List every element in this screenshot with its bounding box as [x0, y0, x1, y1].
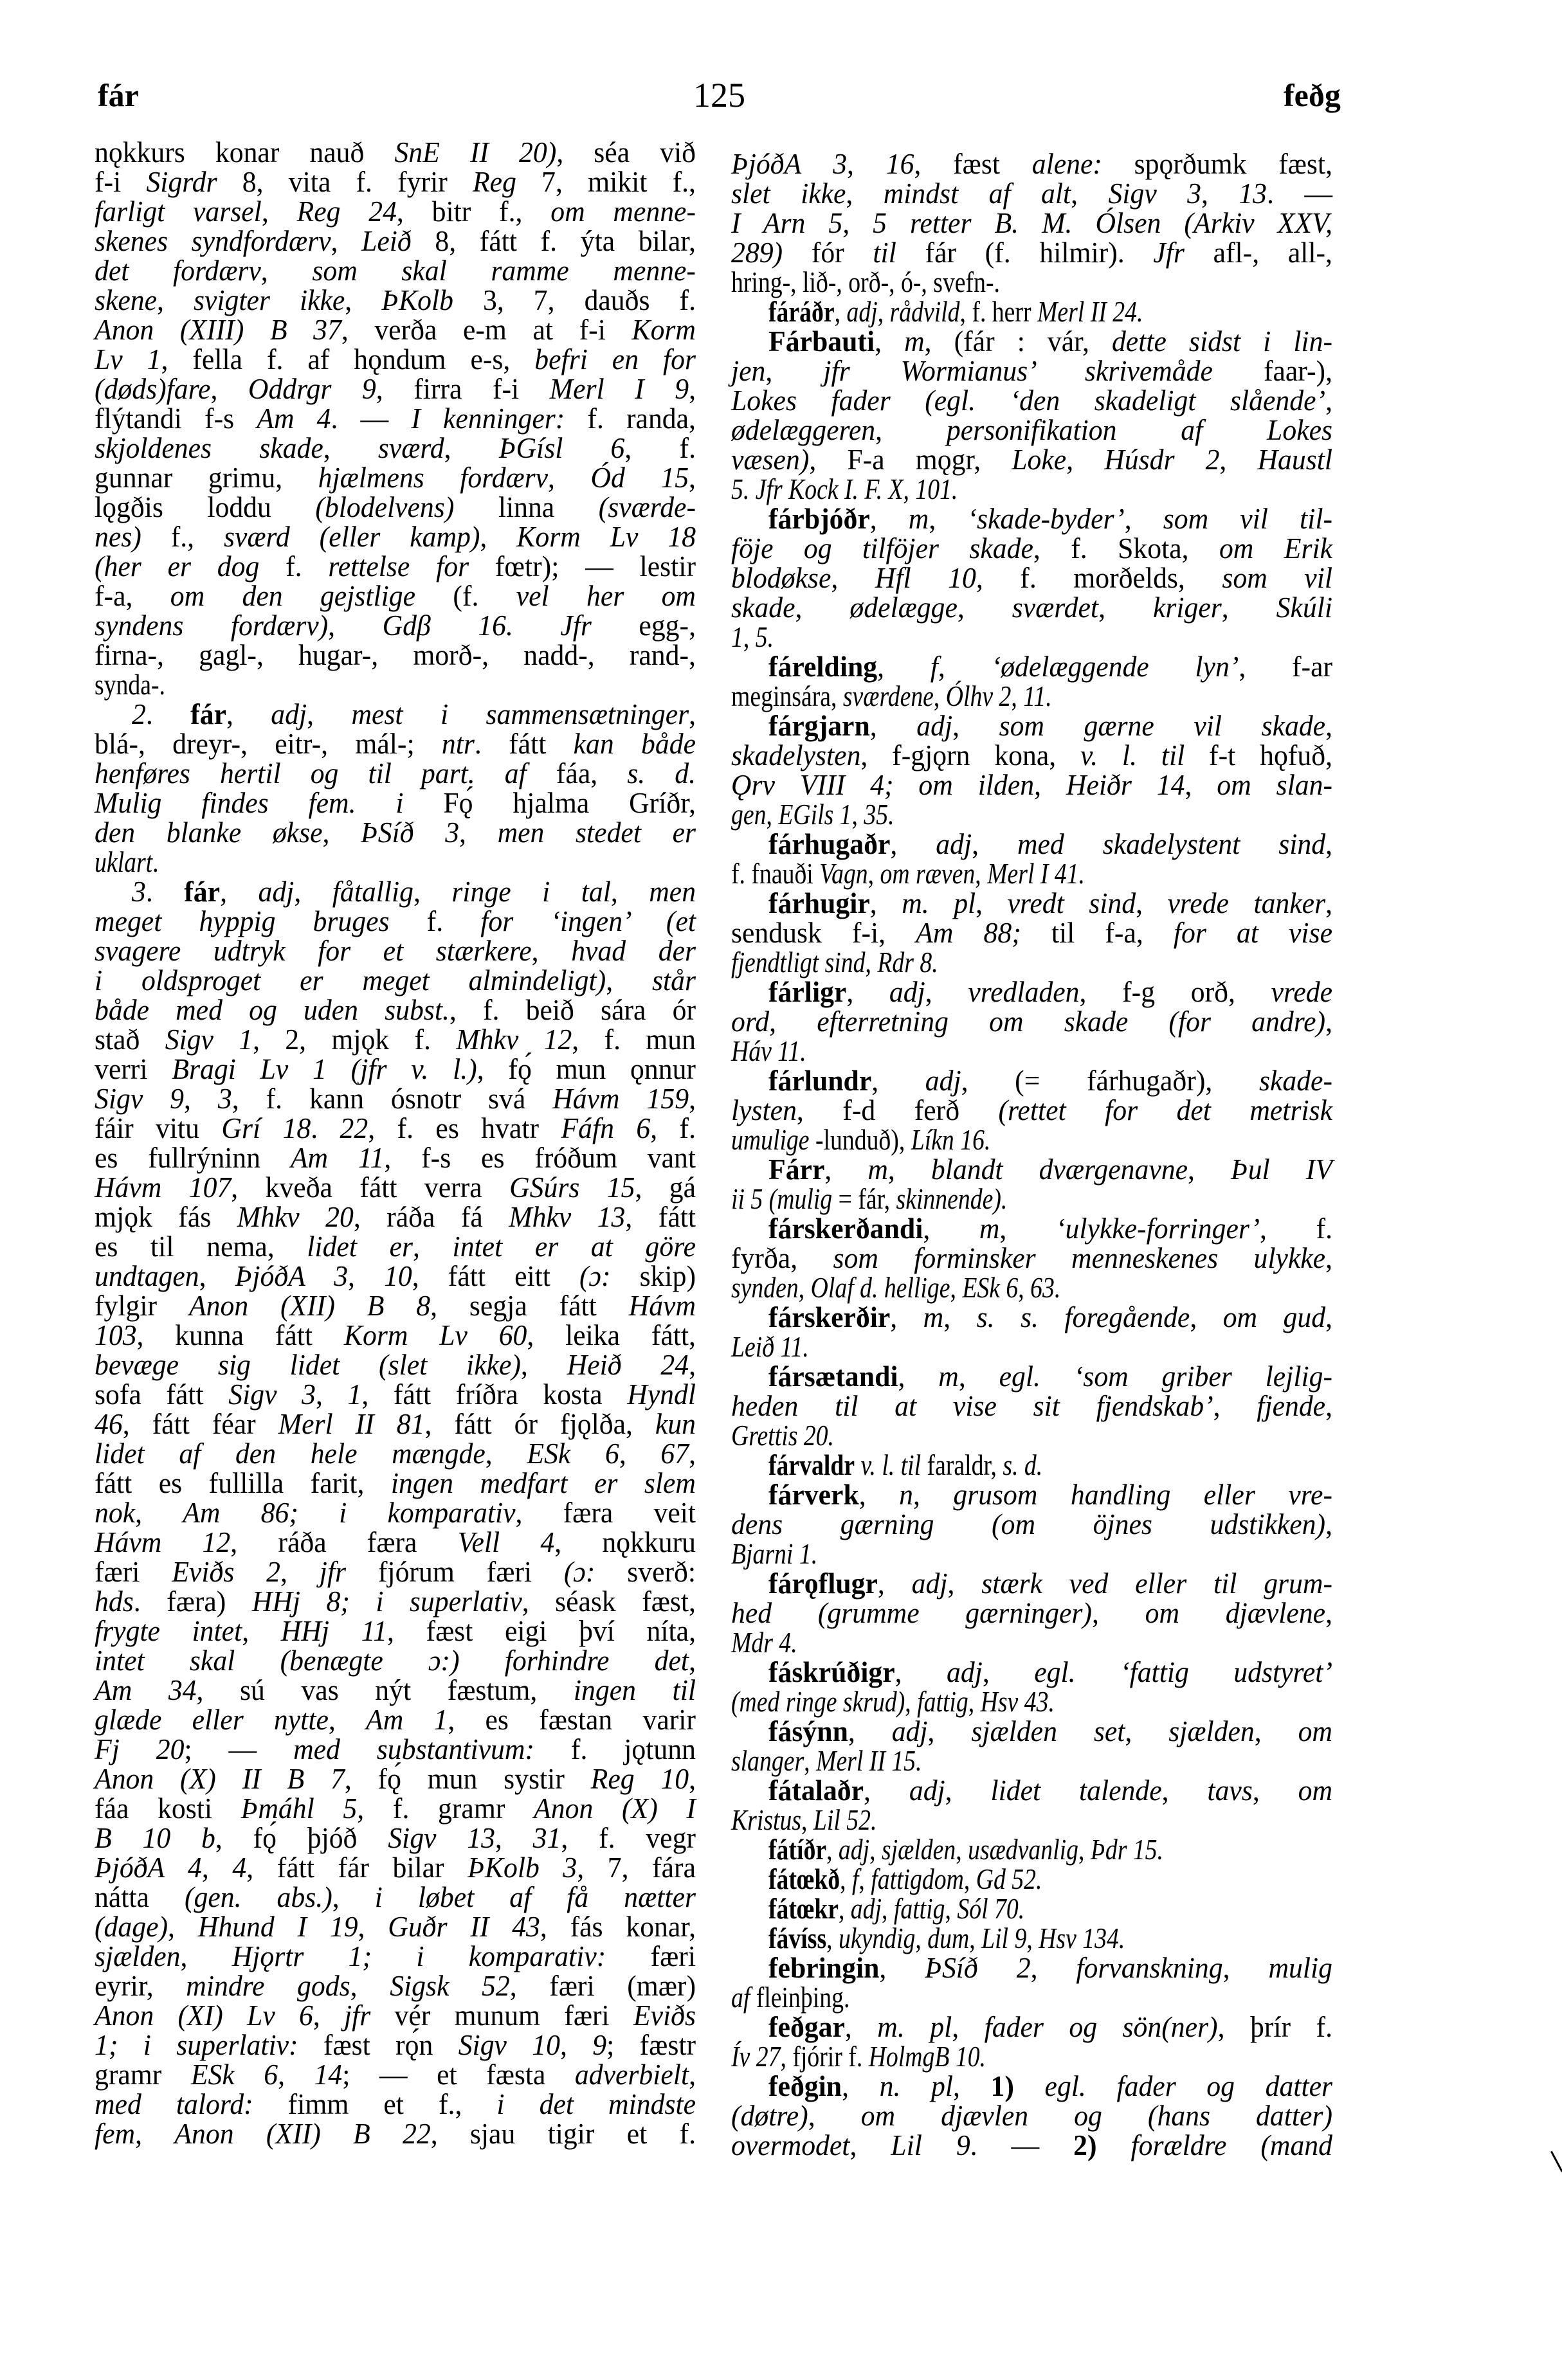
text-run: (dage): [95, 1910, 168, 1943]
text-run: ,: [486, 1437, 527, 1470]
text-line: fárelding, f, ‘ødelæggende lyn’, f-ar: [731, 652, 1332, 681]
text-run: 289): [731, 236, 783, 269]
headword: fátíðr: [768, 1833, 826, 1866]
text-run: ,: [878, 295, 890, 328]
text-run: 7, mikit f.,: [516, 165, 696, 198]
text-run: Vell 4: [458, 1526, 555, 1558]
text-run: fjende: [1257, 1389, 1325, 1422]
text-line: 103, kunna fátt Korm Lv 60, leika fátt,: [95, 1321, 696, 1350]
text-run: 1; i superlativ:: [95, 2028, 298, 2061]
text-run: fem: [95, 2117, 135, 2150]
text-line: 1; i superlativ: fæst rǫ́n Sigv 10, 9; f…: [95, 2030, 696, 2060]
text-run: sjælden: [95, 1940, 181, 1972]
text-run: ,: [1026, 1922, 1039, 1954]
text-run: , færi (mær): [510, 1969, 696, 2002]
text-line: heden til at vise sit fjendskab’, fjende…: [731, 1391, 1332, 1421]
text-line: ÞjóðA 3, 16, fæst alene: spǫrðumk fæst,: [731, 149, 1332, 179]
text-line: meget hyppig bruges f. for ‘ingen’ (et: [95, 906, 696, 936]
text-run: ,: [956, 1833, 968, 1866]
text-run: , (fár : vár,: [925, 325, 1112, 357]
text-run: som skal ramme menne-: [312, 254, 696, 287]
text-line: 2. fár, adj, mest i sammensætninger,: [95, 699, 696, 729]
text-run: , es fæstan varir: [448, 1703, 696, 1736]
text-run: ,: [875, 325, 904, 357]
text-line: Fárbauti, m, (fár : vár, dette sidst i l…: [731, 327, 1332, 356]
text-run: -lunduð),: [810, 1123, 911, 1156]
text-run: lidet er: [307, 1230, 413, 1263]
text-run: ÞGísl 6: [499, 431, 625, 464]
text-run: ,: [999, 1212, 1056, 1245]
text-run: , f.: [624, 431, 696, 464]
text-run: stærk ved eller til grum-: [981, 1567, 1332, 1600]
headword: fávíss: [768, 1922, 826, 1954]
text-run: gen: [731, 798, 766, 831]
text-line: undtagen, ÞjóðA 3, 10, fátt eitt (ɔ: ski…: [95, 1261, 696, 1291]
text-run: Olaf d. hellige: [811, 1271, 950, 1304]
text-run: , fǫ́ mun ǫnnur: [477, 1052, 696, 1085]
text-run: f.: [259, 550, 328, 582]
text-run: forvanskning: [1076, 1951, 1222, 1984]
text-line: sofa fátt Sigv 3, 1, fátt fríðra kosta H…: [95, 1380, 696, 1409]
text-run: 46: [95, 1407, 123, 1440]
text-run: (gen. abs.): [185, 1880, 332, 1913]
text-run: ,: [1185, 768, 1217, 801]
text-line: Leið 11.: [731, 1332, 1332, 1362]
text-run: es fullrýninn: [95, 1141, 291, 1174]
text-run: Líkn 16.: [911, 1123, 991, 1156]
text-line: eyrir, mindre gods, Sigsk 52, færi (mær): [95, 1971, 696, 2001]
text-run: ,: [413, 1230, 453, 1263]
text-run: fátt es fullilla farit,: [95, 1466, 391, 1499]
text-run: ,: [846, 177, 883, 210]
text-run: ,: [928, 1715, 972, 1747]
headword: feðgin: [768, 2069, 842, 2102]
text-run: , ráða færa: [230, 1526, 457, 1558]
left-column: nǫkkurs konar nauð SnE II 20), séa viðf-…: [95, 138, 696, 2149]
text-run: sjælden: [1168, 1715, 1255, 1747]
text-run: befri en for: [534, 343, 696, 375]
text-run: fyrða,: [731, 1241, 833, 1274]
text-run: 22: [340, 1112, 368, 1144]
text-run: ,: [766, 798, 778, 831]
text-line: fátt es fullilla farit, ingen medfart er…: [95, 1468, 696, 1498]
text-run: mindst af alt: [884, 177, 1071, 210]
text-run: heden til at vise sit fjendskab’: [731, 1389, 1213, 1422]
text-run: ,: [548, 461, 590, 494]
text-run: (rettet for det metrisk: [998, 1094, 1332, 1126]
text-run: ,: [929, 502, 967, 535]
text-run: 5.: [756, 620, 774, 653]
text-run: Reg: [473, 165, 516, 198]
text-line: f-a, om den gejstlige (f. vel her om: [95, 581, 696, 611]
text-run: som forminsker menneskenes ulykke: [833, 1241, 1326, 1274]
text-run: Reg 24: [297, 195, 397, 228]
text-run: m: [904, 325, 925, 357]
text-line: (med ringe skrud), fattig, Hsv 43.: [731, 1687, 1332, 1717]
text-run: HolmgB 10.: [869, 2040, 986, 2073]
text-run: Korm Lv 18: [516, 520, 696, 553]
text-run: meginsára,: [731, 680, 843, 712]
text-run: slanger: [731, 1744, 804, 1777]
text-run: i løbet af få nætter: [375, 1880, 696, 1913]
text-run: Anon (XII) B 8: [189, 1289, 430, 1322]
text-run: bevæge sig lidet (slet ikke): [95, 1348, 521, 1381]
text-run: Am 4: [257, 402, 331, 435]
text-run: ,: [769, 1005, 817, 1038]
text-run: ,: [348, 1259, 384, 1292]
headword: Fárr: [768, 1153, 824, 1185]
text-run: svigter ikke: [194, 284, 345, 316]
text-run: (her er dog: [95, 550, 259, 582]
text-line: uklart.: [95, 847, 696, 877]
text-run: 2: [132, 698, 146, 730]
text-run: med skadelystent sind: [1017, 827, 1325, 860]
text-run: adj: [936, 827, 972, 860]
text-line: skade, ødelægge, sværdet, kriger, Skúli: [731, 593, 1332, 622]
text-run: Vagn: [819, 857, 867, 890]
text-run: 9: [592, 2028, 606, 2061]
text-run: ,: [689, 2058, 696, 2091]
text-run: svagere udtryk for et stærkere: [95, 934, 532, 967]
text-line: Bjarni 1.: [731, 1539, 1332, 1569]
text-run: ukyndig: [839, 1922, 915, 1954]
text-run: , (= fárhugaðr),: [961, 1064, 1259, 1097]
text-run: fæst rǫ́n: [298, 2028, 459, 2061]
text-run: den blanke økse: [95, 816, 322, 849]
text-run: ,: [495, 1821, 533, 1854]
text-run: .: [146, 698, 190, 730]
text-run: men stedet er: [498, 816, 696, 849]
text-run: m: [909, 502, 929, 535]
text-run: efterretning om skade (for andre): [817, 1005, 1325, 1038]
text-run: ødelægge: [849, 591, 957, 624]
text-run: ‘ulykke-forringer’: [1056, 1212, 1260, 1245]
text-run: Hsv 43.: [981, 1685, 1055, 1718]
text-run: ,: [852, 798, 864, 831]
text-run: , sjau tigir et f.: [431, 2117, 696, 2150]
headword: febringin: [768, 1951, 879, 1984]
text-line: fárligr, adj, vredladen, f-g orð, vrede: [731, 977, 1332, 1007]
text-run: ,: [689, 1082, 696, 1115]
text-run: ESk 6: [962, 1271, 1018, 1304]
text-line: fárhugir, m. pl, vredt sind, vrede tanke…: [731, 888, 1332, 918]
text-run: ,: [1223, 1951, 1269, 1984]
text-run: som vil til-: [1163, 502, 1332, 535]
text-run: ,: [890, 827, 936, 860]
text-run: ,: [1078, 1833, 1091, 1866]
text-run: , fǫ́ þjóð: [215, 1821, 388, 1854]
text-line: synda-.: [95, 670, 696, 699]
text-line: fárvaldr v. l. til faraldr, s. d.: [731, 1450, 1332, 1480]
text-run: ,: [925, 975, 968, 1008]
text-run: ,: [459, 816, 498, 849]
text-run: intet er at göre: [453, 1230, 696, 1263]
text-run: ,: [1222, 591, 1276, 624]
text-run: , 7, fára: [577, 1851, 696, 1884]
text-run: , f. kann ósnotr svá: [232, 1082, 552, 1115]
text-run: ‘ødelæggende lyn’: [992, 650, 1239, 683]
text-run: fór: [783, 236, 873, 269]
text-run: Sigrdr: [146, 165, 217, 198]
text-run: adj: [846, 295, 877, 328]
text-line: dens gærning (om öjnes udstikken),: [731, 1510, 1332, 1539]
text-run: ,: [964, 1862, 976, 1895]
text-run: ,: [972, 827, 1017, 860]
text-run: til: [873, 236, 896, 269]
text-run: , fæst eigi því níta,: [387, 1614, 696, 1647]
text-run: ,: [849, 2129, 891, 2161]
text-run: firna-, gagl-, hugar-, morð-, nadd-, ran…: [95, 638, 696, 671]
text-run: Loke: [1012, 443, 1066, 476]
text-run: ,: [1201, 177, 1239, 210]
text-line: intet skal (benægte ɔ:) forhindre det,: [95, 1646, 696, 1675]
text-run: linna: [454, 491, 598, 523]
text-line: nok, Am 86; i komparativ, færa veit: [95, 1498, 696, 1528]
text-run: i oldsproget er meget almindeligt): [95, 964, 606, 996]
text-run: ,: [1213, 1389, 1257, 1422]
text-run: ,: [859, 1478, 899, 1511]
text-run: Sigv 9: [95, 1082, 184, 1115]
text-run: ,: [135, 2117, 174, 2150]
text-run: , segja fátt: [430, 1289, 628, 1322]
text-run: gramr: [95, 2058, 191, 2091]
headword: fárelding: [768, 650, 877, 683]
text-run: [855, 1448, 860, 1481]
text-line: fárbjóðr, m, ‘skade-byder’, som vil til-: [731, 504, 1332, 534]
text-run: ,: [1325, 1508, 1332, 1540]
text-run: f-a,: [95, 579, 170, 612]
text-line: feðgar, m. pl, fader og sön(ner), þrír f…: [731, 2012, 1332, 2042]
text-run: ,: [870, 502, 909, 535]
text-run: skinnende).: [896, 1182, 1008, 1215]
headword: fárvaldr: [768, 1448, 855, 1481]
text-run: ,: [689, 1348, 696, 1381]
text-run: ,: [316, 1378, 348, 1411]
text-run: ,: [864, 1774, 909, 1807]
text-run: ,: [868, 857, 880, 890]
text-run: s. d.: [627, 757, 696, 789]
text-run: , fátt ór fjǫlða,: [424, 1407, 655, 1440]
text-run: Anon (XIII) B 37: [95, 313, 341, 346]
text-run: ,: [1255, 1715, 1298, 1747]
text-run: flýtandi f-s: [95, 402, 257, 435]
text-run: om den gejstlige: [170, 579, 415, 612]
headword: 2): [1073, 2129, 1096, 2161]
text-run: nǫkkurs konar nauð: [95, 136, 394, 168]
text-run: ,: [1325, 1596, 1332, 1629]
text-run: nátta: [95, 1880, 185, 1913]
text-line: farligt varsel, Reg 24, bitr f., om menn…: [95, 197, 696, 226]
text-run: m: [923, 1301, 944, 1333]
text-run: , séa við: [556, 136, 696, 168]
text-line: mjǫk fás Mhkv 20, ráða fá Mhkv 13, fátt: [95, 1202, 696, 1232]
text-run: skenes syndfordærv: [95, 224, 331, 257]
text-run: ,: [323, 431, 378, 464]
text-run: , f-g orð,: [1080, 975, 1271, 1008]
text-run: Am 11: [291, 1141, 385, 1174]
text-run: ,: [157, 284, 194, 316]
text-run: adj: [925, 1064, 961, 1097]
text-run: ,: [1325, 1005, 1332, 1038]
text-run: skade: [731, 591, 795, 624]
text-run: SnE II 20): [394, 136, 556, 168]
text-run: ,: [799, 1271, 811, 1304]
text-line: skjoldenes skade, sværd, ÞGísl 6, f.: [95, 433, 696, 463]
text-run: , bitr f.,: [397, 195, 550, 228]
text-run: fjendtligt sind: [731, 946, 866, 978]
text-run: s. d.: [1003, 1448, 1042, 1481]
text-run: , f. beið sára ór: [450, 993, 696, 1026]
text-line: i oldsproget er meget almindeligt), står: [95, 966, 696, 995]
text-line: ødelæggeren, personifikation af Lokes: [731, 415, 1332, 445]
text-line: (her er dog f. rettelse for fœtr); — les…: [95, 552, 696, 581]
text-run: Húsdr 2: [1104, 443, 1219, 476]
text-run: Sigv 10: [459, 2028, 560, 2061]
headword: fáskrúðigr: [768, 1655, 895, 1688]
text-line: fárverk, n, grusom handling eller vre-: [731, 1480, 1332, 1510]
headword: fárskerðandi: [768, 1212, 923, 1245]
text-line: Am 34, sú vas nýt fæstum, ingen til: [95, 1675, 696, 1705]
text-run: ,: [959, 1360, 999, 1393]
text-run: ,: [846, 975, 889, 1008]
text-line: Anon (XI) Lv 6, jfr vér munum færi Eviðs: [95, 2001, 696, 2030]
text-line: fáskrúðigr, adj, egl. ‘fattig udstyret’: [731, 1657, 1332, 1687]
text-line: fárgjarn, adj, som gærne vil skade,: [731, 711, 1332, 741]
text-run: ,: [952, 709, 999, 742]
text-run: ,: [870, 709, 916, 742]
text-run: ,: [945, 1892, 958, 1925]
text-line: Grettis 20.: [731, 1421, 1332, 1450]
text-run: Leið 11.: [731, 1330, 809, 1363]
text-run: ,: [480, 520, 516, 553]
text-run: 3: [218, 1082, 232, 1115]
text-run: ,: [938, 650, 992, 683]
text-run: synden: [731, 1271, 799, 1304]
text-run: ,: [1162, 1774, 1208, 1807]
headword: fáráðr: [768, 295, 835, 328]
text-run: Hávm: [629, 1289, 696, 1322]
text-run: Hávm 12: [95, 1526, 230, 1558]
text-run: HHj 11: [281, 1614, 387, 1647]
headword: fár: [184, 875, 220, 908]
text-line: fársætandi, m, egl. ‘som griber lejlig-: [731, 1362, 1332, 1391]
text-run: ; fæstr: [606, 2028, 696, 2061]
text-run: Þmáhl 5: [241, 1792, 358, 1825]
text-run: jfr: [344, 1999, 370, 2032]
text-run: blá-, dreyr-, eitr-, mál-;: [95, 727, 442, 760]
text-line: (døds)fare, Oddrgr 9, firra f-i Merl I 9…: [95, 374, 696, 404]
text-run: ,: [945, 1774, 991, 1807]
text-run: Hávm 107: [95, 1171, 231, 1204]
text-line: fárhugaðr, adj, med skadelystent sind,: [731, 829, 1332, 859]
text-run: Sigv 1: [165, 1023, 253, 1056]
text-line: febringin, ÞSíð 2, forvanskning, mulig: [731, 1953, 1332, 1983]
text-run: tavs: [1207, 1774, 1252, 1807]
text-line: overmodet, Lil 9. — 2) forældre (mand: [731, 2131, 1332, 2160]
text-run: ,: [328, 609, 382, 642]
text-run: med talord:: [95, 2087, 253, 2120]
text-run: grusom handling eller vre-: [953, 1478, 1332, 1511]
text-run: vrede tanker: [1168, 887, 1326, 919]
text-line: fátíðr, adj, sjælden, usædvanlig, Þdr 15…: [731, 1835, 1332, 1864]
text-run: for ‘ingen’ (et: [480, 905, 696, 937]
text-run: s. s. foregående: [977, 1301, 1190, 1333]
text-line: nǫkkurs konar nauð SnE II 20), séa við: [95, 138, 696, 167]
text-run: ,: [888, 1153, 931, 1185]
text-run: Ǫrv VIII 4; om ilden: [731, 768, 1034, 801]
headword: fárǫflugr: [768, 1567, 878, 1600]
text-run: kan både: [574, 727, 696, 760]
text-run: fimm et f.,: [253, 2087, 497, 2120]
text-run: ,: [242, 1614, 281, 1647]
text-line: firna-, gagl-, hugar-, morð-, nadd-, ran…: [95, 640, 696, 670]
text-line: nátta (gen. abs.), i løbet af få nætter: [95, 1882, 696, 1912]
text-line: fylgir Anon (XII) B 8, segja fátt Hávm: [95, 1291, 696, 1321]
text-run: Þdr 15.: [1091, 1833, 1163, 1866]
headword: feðgar: [768, 2010, 845, 2043]
text-line: sendusk f-i, Am 88; til f-a, for at vise: [731, 918, 1332, 948]
text-run: B 10 b: [95, 1821, 215, 1854]
text-line: hed (grumme gærninger), om djævlene,: [731, 1598, 1332, 1628]
text-run: ,: [839, 1892, 851, 1925]
text-run: 3: [132, 875, 146, 908]
text-line: B 10 b, fǫ́ þjóð Sigv 13, 31, f. vegr: [95, 1823, 696, 1853]
text-run: men: [649, 875, 696, 908]
text-run: ingen medfart er slem: [391, 1466, 696, 1499]
text-run: blandt dværgenavne: [931, 1153, 1188, 1185]
text-run: ,: [1066, 443, 1104, 476]
text-line: fátœkr, adj, fattig, Sól 70.: [731, 1894, 1332, 1924]
text-run: ,: [858, 1862, 871, 1895]
text-run: , fátt fár bilar: [246, 1851, 468, 1884]
text-run: 103: [95, 1319, 137, 1351]
text-run: . fátt: [475, 727, 574, 760]
text-run: ,: [1253, 1774, 1298, 1807]
text-run: ,: [968, 1685, 981, 1718]
text-run: hed (grumme gærninger): [731, 1596, 1092, 1629]
text-line: stað Sigv 1, 2, mjǫk f. Mhkv 12, f. mun: [95, 1025, 696, 1054]
text-run: ,: [689, 1762, 696, 1795]
text-run: vrede: [1271, 975, 1332, 1008]
text-run: umulige: [731, 1123, 810, 1156]
text-run: , f.: [1260, 1212, 1332, 1245]
text-run: ÞKolb 3: [468, 1851, 577, 1884]
text-line: fávíss, ukyndig, dum, Lil 9, Hsv 134.: [731, 1924, 1332, 1953]
text-run: ,: [1325, 887, 1332, 919]
headword: fásýnn: [768, 1715, 848, 1747]
text-run: Skúli: [1276, 591, 1332, 624]
page-number: 125: [693, 77, 745, 113]
text-run: skip): [611, 1259, 696, 1292]
text-run: som vil: [1222, 561, 1332, 594]
text-run: ESk 6: [191, 2058, 278, 2091]
text-run: færi: [606, 1940, 696, 1972]
headword: fárgjarn: [768, 709, 870, 742]
headword: fátalaðr: [768, 1774, 864, 1807]
text-run: m. pl: [902, 887, 976, 919]
text-run: 13: [1239, 177, 1267, 210]
text-run: ,: [952, 2010, 984, 2043]
text-run: m. pl: [877, 2010, 952, 2043]
text-run: om djævlene: [1145, 1596, 1325, 1629]
text-run: nes): [95, 520, 141, 553]
text-run: ,: [890, 1301, 923, 1333]
text-run: (døds)fare: [95, 372, 210, 405]
text-run: om gud: [1223, 1301, 1325, 1333]
text-run: Anon (X) II B 7: [95, 1762, 345, 1795]
text-run: slet ikke: [731, 177, 846, 210]
text-line: I Arn 5, 5 retter B. M. Ólsen (Arkiv XXV…: [731, 208, 1332, 238]
